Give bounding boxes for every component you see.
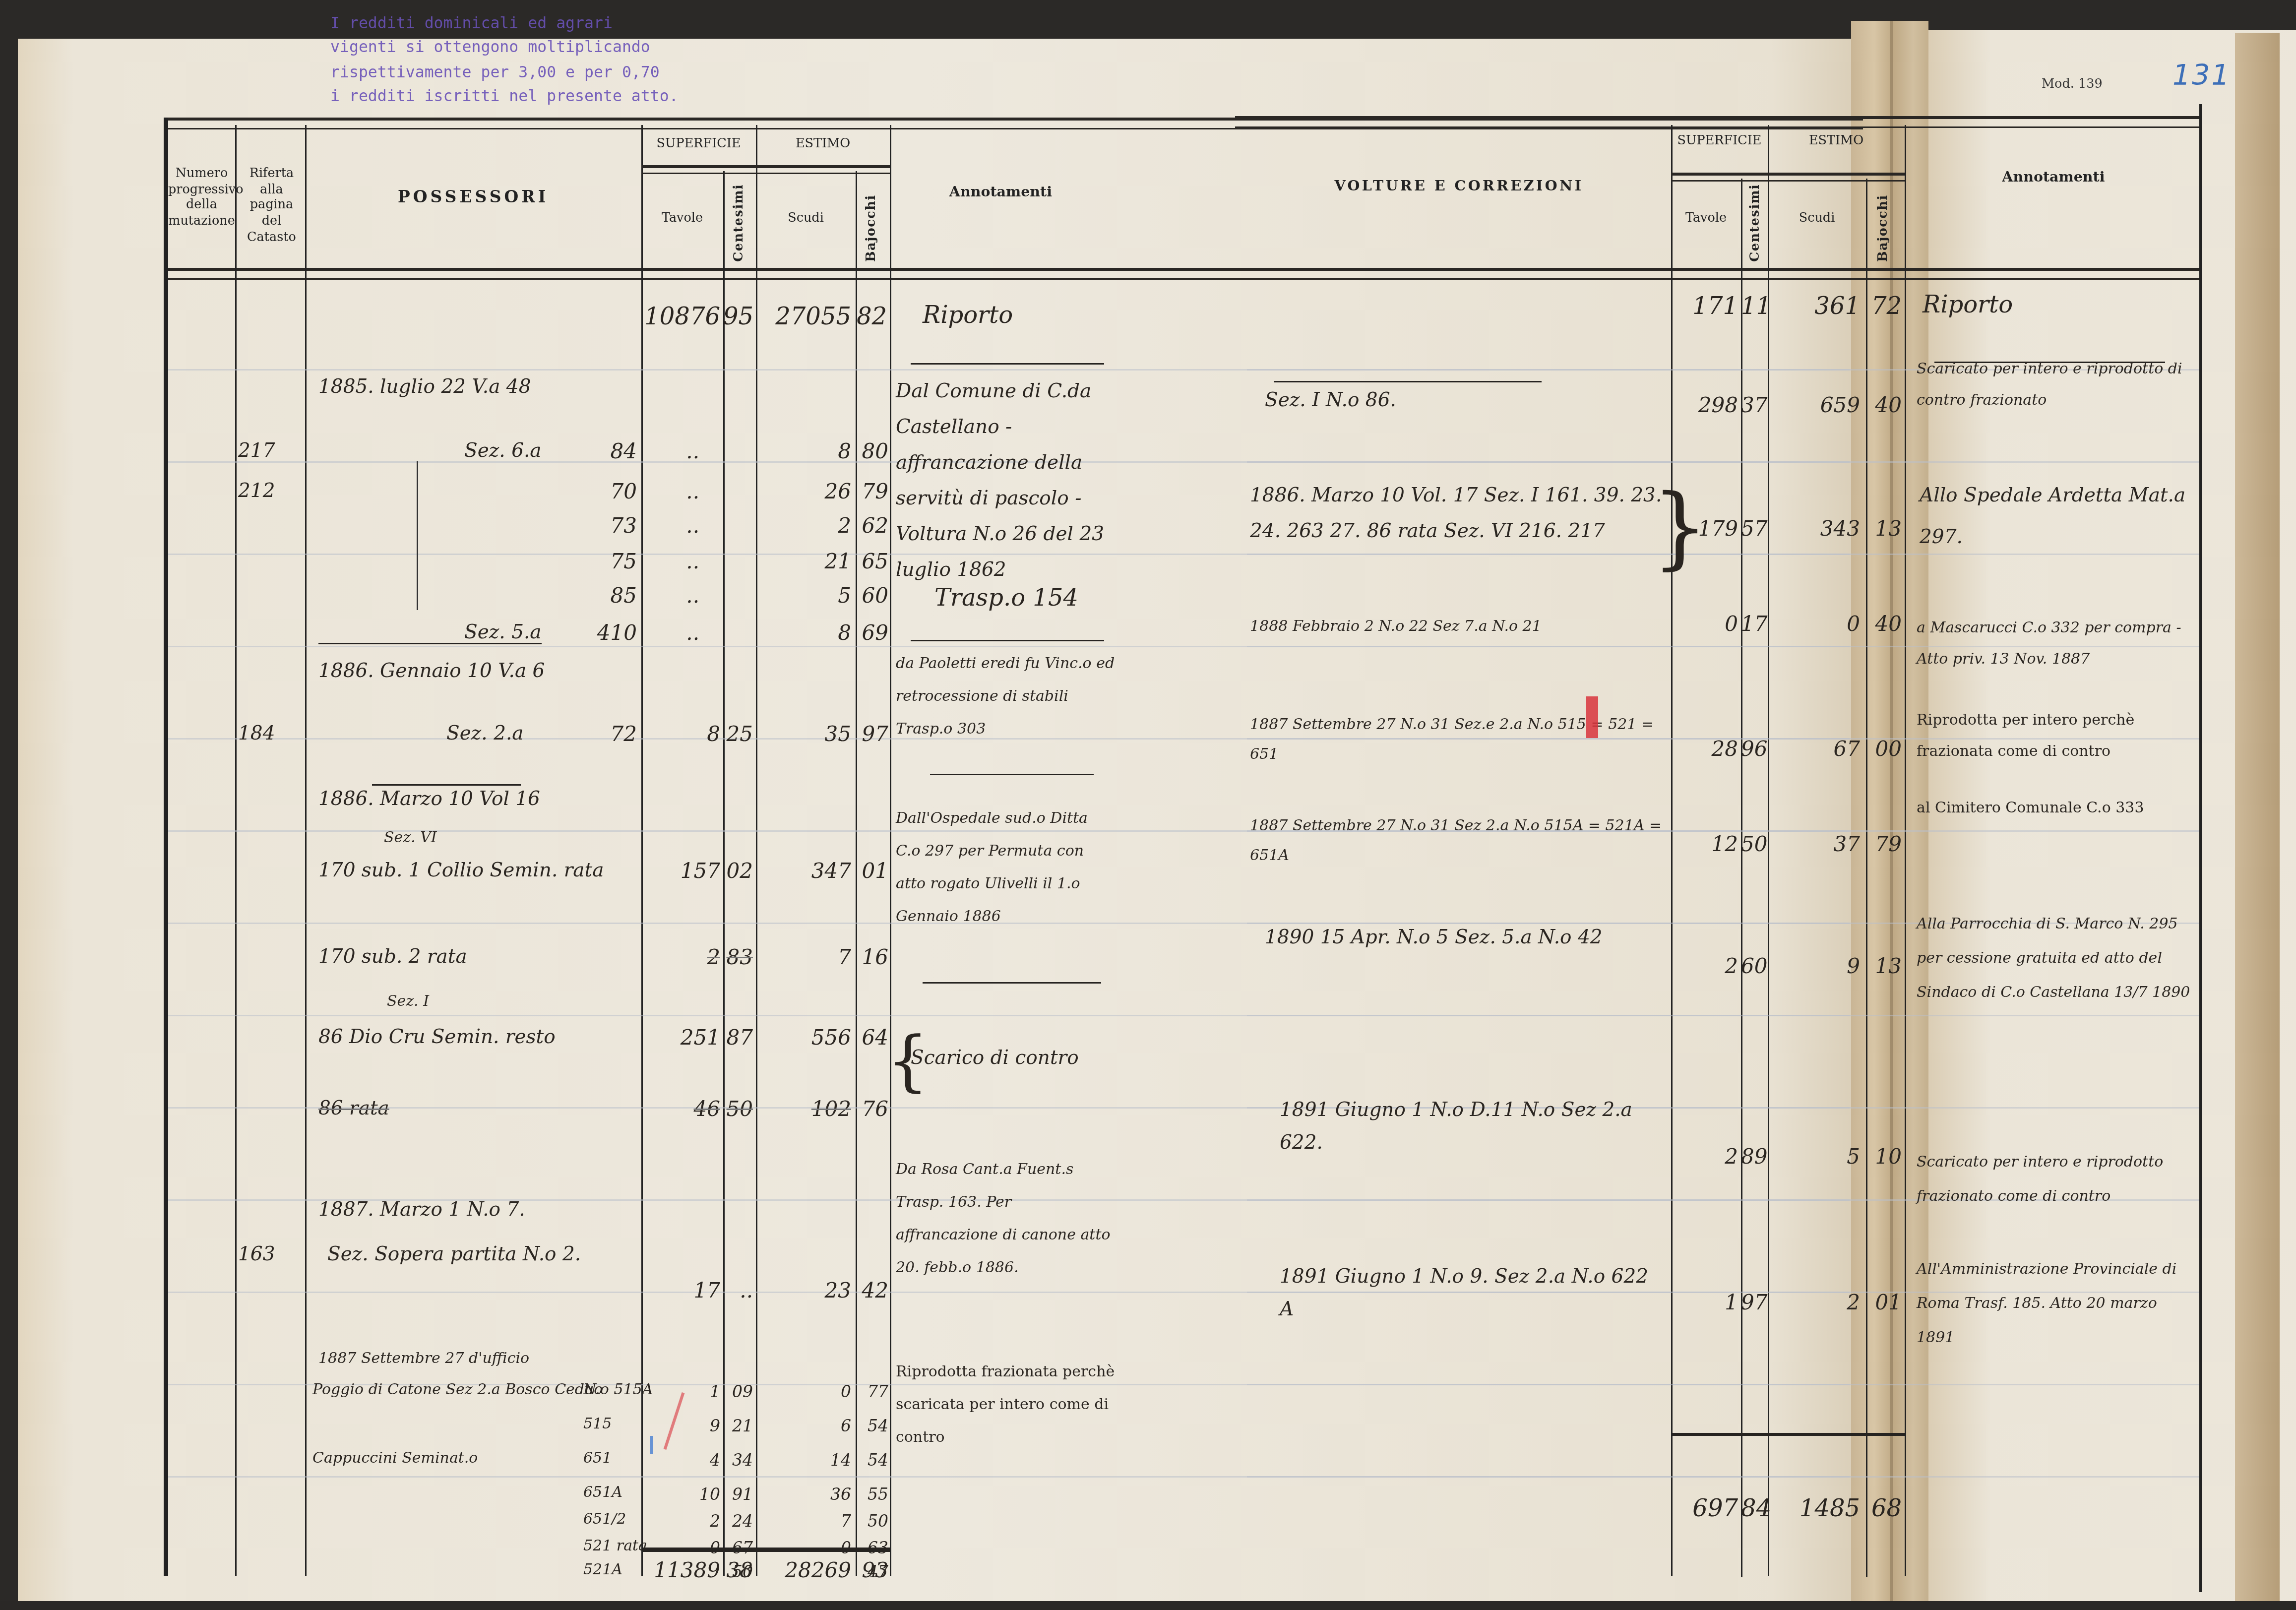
entry-scudi: 26 — [759, 481, 851, 504]
entry-possessori: 170 sub. 2 rata — [318, 946, 467, 969]
entry-bajocchi: 80 — [856, 440, 888, 464]
totals-rule — [1673, 1433, 1905, 1436]
entry-mappa: 651/2 — [583, 1512, 626, 1528]
header-superficie: SUPERFICIE — [641, 137, 756, 153]
entry-scudi: 5 — [1771, 1146, 1860, 1170]
entry-tavole: 46 — [643, 1098, 720, 1122]
separator — [372, 784, 521, 786]
entry-bajocchi: 54 — [856, 1417, 888, 1436]
header-bajocchi: Bajocchi — [1876, 190, 1891, 262]
entry-tavole: 179 — [1673, 518, 1738, 542]
page-number: 131 — [2172, 60, 2231, 92]
entry-scudi: 2 — [1771, 1292, 1860, 1315]
entry-possessori: Poggio di Catone Sez 2.a Bosco Ceduo — [312, 1382, 603, 1399]
entry-bajocchi: 77 — [856, 1382, 888, 1402]
riporto-scudi: 27055 — [756, 302, 851, 330]
riporto-centesimi: 11 — [1741, 292, 1766, 320]
red-pencil-mark — [1586, 696, 1598, 738]
entry-scudi: 36 — [759, 1485, 851, 1504]
left-border — [164, 118, 168, 1576]
entry-centesimi: 96 — [1741, 738, 1766, 762]
voltura-text: 1887 Settembre 27 N.o 31 Sez 2.a N.o 515… — [1250, 812, 1667, 872]
entry-tavole: 12 — [1673, 833, 1738, 857]
entry-scudi: 8 — [759, 622, 851, 646]
entry-bajocchi: 40 — [1867, 394, 1902, 418]
entry-bajocchi: 16 — [856, 946, 888, 970]
entry-scudi: 2 — [759, 515, 851, 539]
entry-centesimi: 97 — [1741, 1292, 1766, 1315]
header-riferta: Riferta alla pagina del Catasto — [238, 167, 305, 246]
voltura-text: 1888 Febbraio 2 N.o 22 Sez 7.a N.o 21 — [1250, 613, 1667, 643]
entry-bajocchi: 40 — [1867, 613, 1902, 637]
entry-bajocchi: 42 — [856, 1280, 888, 1303]
entry-centesimi: 25 — [723, 723, 753, 747]
entry-centesimi: 37 — [1741, 394, 1766, 418]
ruled-line — [1247, 461, 2199, 463]
header-annotamenti: Annotamenti — [1912, 170, 2195, 187]
entry-tavole: 157 — [643, 860, 720, 884]
entry-tavole: 10 — [643, 1485, 720, 1504]
entry-tavole: 2 — [643, 1512, 720, 1531]
entry-bajocchi: 13 — [1867, 518, 1902, 542]
total-centesimi: 38 — [723, 1559, 753, 1583]
header-tavole: Tavole — [641, 211, 723, 227]
total-tavole: 697 — [1673, 1494, 1738, 1522]
entry-centesimi: 09 — [723, 1382, 753, 1402]
entry-centesimi: 21 — [723, 1417, 753, 1436]
entry-centesimi: 57 — [1741, 518, 1766, 542]
entry-tavole: 251 — [643, 1027, 720, 1051]
entry-centesimi: 83 — [723, 946, 753, 970]
entry-tavole: .. — [655, 551, 699, 574]
entry-tavole: 2 — [1673, 955, 1738, 979]
annotation-text: Allo Spedale Ardetta Mat.a 297. — [1920, 476, 2195, 559]
col-divider — [235, 125, 237, 1576]
voltura-text: 1886. Marzo 10 Vol. 17 Sez. I 161. 39. 2… — [1250, 479, 1667, 551]
separator — [911, 363, 1104, 365]
entry-centesimi: .. — [723, 1280, 753, 1303]
riporto-tavole: 171 — [1673, 292, 1738, 320]
header-centesimi: Centesimi — [732, 185, 747, 262]
annotation-text: Scaricato per intero e riprodotto frazio… — [1917, 1146, 2192, 1214]
scan-bottom-edge — [0, 1601, 2296, 1610]
entry-bajocchi: 54 — [856, 1451, 888, 1470]
separator — [318, 643, 542, 644]
entry-scudi: 7 — [759, 946, 851, 970]
blue-pencil-mark — [650, 1436, 653, 1454]
entry-bajocchi: 13 — [1867, 955, 1902, 979]
entry-bajocchi: 97 — [856, 723, 888, 747]
entry-centesimi: 50 — [723, 1098, 753, 1122]
entry-possessori: 86 rata — [318, 1098, 389, 1120]
annotation-text: Riprodotta per intero perchè frazionata … — [1917, 705, 2192, 768]
entry-bajocchi: 55 — [856, 1485, 888, 1504]
header-volture: VOLTURE E CORREZIONI — [1247, 179, 1671, 196]
header-tavole: Tavole — [1671, 211, 1741, 227]
entry-bajocchi: 00 — [1867, 738, 1902, 762]
separator — [911, 640, 1104, 641]
subheader-rule — [641, 165, 890, 174]
subheader-rule — [1671, 173, 1905, 182]
entry-tavole: .. — [655, 515, 699, 539]
entry-tavole: 1 — [1673, 1292, 1738, 1315]
entry-tavole: .. — [655, 440, 699, 464]
riporto-bajocchi: 72 — [1867, 292, 1902, 320]
voltura-text: 1890 15 Apr. N.o 5 Sez. 5.a N.o 42 — [1265, 923, 1667, 955]
riporto-centesimi: 95 — [723, 302, 753, 330]
entry-bajocchi: 76 — [856, 1098, 888, 1122]
entry-centesimi: 87 — [723, 1027, 753, 1051]
entry-scudi: 347 — [759, 860, 851, 884]
entry-riferta: 163 — [238, 1244, 275, 1266]
entry-bajocchi: 50 — [856, 1512, 888, 1531]
voltura-text: 1891 Giugno 1 N.o 9. Sez 2.a N.o 622 A — [1280, 1262, 1667, 1327]
entry-mappa: 70 — [565, 481, 637, 504]
page-edge — [2235, 33, 2280, 1610]
entry-bajocchi: 64 — [856, 1027, 888, 1051]
entry-mappa: 84 — [565, 440, 637, 464]
section-label: Sez. I — [387, 994, 429, 1010]
header-possessori: POSSESSORI — [305, 187, 641, 208]
entry-mappa: 73 — [565, 515, 637, 539]
voltura-text: 1891 Giugno 1 N.o D.11 N.o Sez 2.a 622. — [1280, 1095, 1667, 1161]
entry-bajocchi: 60 — [856, 585, 888, 609]
col-divider — [305, 125, 307, 1576]
section-label: Sez. VI — [384, 830, 437, 847]
entry-scudi: 14 — [759, 1451, 851, 1470]
entry-possessori: Cappuccini Seminat.o — [312, 1451, 478, 1467]
entry-scudi: 67 — [1771, 738, 1860, 762]
entry-possessori: Sez. 2.a — [446, 723, 524, 745]
ruled-line — [1247, 1384, 2199, 1385]
entry-riferta: 212 — [238, 481, 275, 503]
ledger-scan: I redditi dominicali ed agrari vigenti s… — [0, 0, 2296, 1610]
entry-tavole: .. — [655, 481, 699, 504]
total-bajocchi: 68 — [1867, 1494, 1902, 1522]
entry-scudi: 23 — [759, 1280, 851, 1303]
entry-heading: 1887. Marzo 1 N.o 7. — [318, 1199, 525, 1222]
entry-scudi: 343 — [1771, 518, 1860, 542]
header-numero: Numero progressivo della mutazione — [168, 167, 235, 230]
entry-scudi: 9 — [1771, 955, 1860, 979]
entry-centesimi: 50 — [1741, 833, 1766, 857]
total-bajocchi: 93 — [856, 1559, 888, 1583]
annotation-text: da Paoletti eredi fu Vinc.o ed retrocess… — [896, 649, 1116, 747]
entry-riferta: 217 — [238, 440, 275, 463]
entry-scudi: 8 — [759, 440, 851, 464]
ruled-line — [1247, 1015, 2199, 1016]
entry-centesimi: 17 — [1741, 613, 1766, 637]
entry-tavole: 17 — [643, 1280, 720, 1303]
annotation-text: Dall'Ospedale sud.o Ditta C.o 297 per Pe… — [896, 804, 1116, 934]
entry-scudi: 37 — [1771, 833, 1860, 857]
entry-centesimi: 02 — [723, 860, 753, 884]
entry-scudi: 35 — [759, 723, 851, 747]
entry-scudi: 0 — [759, 1382, 851, 1402]
header-bottom-rule — [1235, 268, 2202, 280]
entry-mappa: 521A — [583, 1562, 622, 1579]
right-border — [2199, 104, 2202, 1592]
entry-scudi: 659 — [1771, 394, 1860, 418]
entry-centesimi: 24 — [723, 1512, 753, 1531]
total-scudi: 28269 — [759, 1559, 851, 1583]
separator — [930, 774, 1094, 775]
entry-bajocchi: 65 — [856, 551, 888, 574]
header-superficie: SUPERFICIE — [1671, 134, 1768, 150]
entry-centesimi: 91 — [723, 1485, 753, 1504]
entry-tavole: 2 — [1673, 1146, 1738, 1170]
entry-tavole: 8 — [643, 723, 720, 747]
entry-bajocchi: 79 — [856, 481, 888, 504]
entry-tavole: 0 — [1673, 613, 1738, 637]
entry-tavole: 9 — [643, 1417, 720, 1436]
header-scudi: Scudi — [1768, 211, 1866, 227]
col-divider — [890, 125, 891, 1576]
header-centesimi: Centesimi — [1748, 190, 1763, 262]
entry-centesimi: 60 — [1741, 955, 1766, 979]
entry-tavole: 2 — [643, 946, 720, 970]
header-bajocchi: Bajocchi — [865, 187, 879, 262]
entry-heading: 1885. luglio 22 V.a 48 — [318, 376, 531, 399]
bracket-line — [417, 461, 418, 610]
entry-centesimi: 34 — [723, 1451, 753, 1470]
entry-mappa: 85 — [565, 585, 637, 609]
col-divider — [1866, 179, 1867, 1577]
annotation-text: al Cimitero Comunale C.o 333 — [1917, 801, 2192, 817]
entry-possessori: 86 Dio Cru Semin. resto — [318, 1027, 556, 1049]
header-top-rule — [1235, 116, 2202, 128]
riporto-scudi: 361 — [1771, 292, 1860, 320]
annotation-text: Scarico di contro — [911, 1048, 1079, 1070]
entry-bajocchi: 62 — [856, 515, 888, 539]
annotation-text: a Mascarucci C.o 332 per compra - Atto p… — [1917, 613, 2192, 676]
riporto-bajocchi: 82 — [856, 302, 887, 330]
entry-possessori: Sez. 5.a — [464, 622, 542, 644]
header-estimo: ESTIMO — [1768, 134, 1905, 150]
entry-tavole: 28 — [1673, 738, 1738, 762]
entry-scudi: 556 — [759, 1027, 851, 1051]
entry-mappa: 72 — [565, 723, 637, 747]
annotation-text: Riprodotta frazionata perchè scaricata p… — [896, 1357, 1116, 1455]
annotation-text: Dal Comune di C.da Castellano - affranca… — [896, 375, 1116, 589]
voltura-text: Sez. I N.o 86. — [1265, 390, 1667, 412]
form-code: Mod. 139 — [2042, 77, 2103, 92]
annotation-text: Trasp.o 154 — [934, 583, 1078, 612]
col-divider — [1741, 179, 1742, 1577]
entry-scudi: 7 — [759, 1512, 851, 1531]
voltura-text: 1887 Settembre 27 N.o 31 Sez.e 2.a N.o 5… — [1250, 711, 1667, 771]
total-centesimi: 84 — [1741, 1494, 1766, 1522]
riporto-label: Riporto — [923, 301, 1013, 329]
entry-mappa: 651A — [583, 1485, 622, 1501]
entry-bajocchi: 69 — [856, 622, 888, 646]
entry-bajocchi: 79 — [1867, 833, 1902, 857]
annotation-text: Alla Parrocchia di S. Marco N. 295 per c… — [1917, 908, 2192, 1010]
entry-scudi: 5 — [759, 585, 851, 609]
entry-bajocchi: 10 — [1867, 1146, 1902, 1170]
entry-mappa: 75 — [565, 551, 637, 574]
entry-heading: 1887 Settembre 27 d'ufficio — [318, 1351, 529, 1367]
separator — [1274, 381, 1542, 382]
col-divider — [641, 125, 643, 1576]
entry-tavole: 298 — [1673, 394, 1738, 418]
entry-scudi: 0 — [1771, 613, 1860, 637]
header-annotamenti: Annotamenti — [893, 185, 1109, 202]
col-divider — [1768, 125, 1769, 1576]
header-estimo: ESTIMO — [756, 137, 890, 153]
entry-tavole: .. — [655, 622, 699, 646]
annotation-text: All'Amministrazione Provinciale di Roma … — [1917, 1253, 2192, 1356]
entry-possessori: 170 sub. 1 Collio Semin. rata — [318, 860, 604, 882]
ruled-line — [1247, 1476, 2199, 1478]
riporto-tavole: 10876 — [643, 302, 720, 330]
entry-mappa: 410 — [565, 622, 637, 646]
income-stamp: I redditi dominicali ed agrari vigenti s… — [330, 12, 679, 109]
entry-possessori: Sez. 6.a — [464, 440, 542, 463]
annotation-text: Scaricato per intero e riprodotto di con… — [1917, 354, 2192, 417]
totals-rule — [643, 1548, 890, 1552]
entry-scudi: 102 — [759, 1098, 851, 1122]
entry-possessori: Sez. Sopera partita N.o 2. — [327, 1244, 581, 1266]
entry-tavole: 4 — [643, 1451, 720, 1470]
entry-heading: 1886. Gennaio 10 V.a 6 — [318, 661, 545, 683]
riporto-label: Riporto — [1923, 290, 2013, 318]
col-divider — [756, 125, 757, 1576]
separator — [923, 982, 1101, 984]
total-scudi: 1485 — [1771, 1494, 1860, 1522]
col-divider — [1905, 125, 1906, 1576]
entry-scudi: 6 — [759, 1417, 851, 1436]
entry-heading: 1886. Marzo 10 Vol 16 — [318, 789, 540, 811]
entry-mappa: 651 — [583, 1451, 612, 1467]
entry-bajocchi: 01 — [1867, 1292, 1902, 1315]
entry-tavole: .. — [655, 585, 699, 609]
entry-bajocchi: 01 — [856, 860, 888, 884]
total-tavole: 11389 — [643, 1559, 720, 1583]
entry-mappa: 515 — [583, 1417, 612, 1433]
entry-riferta: 184 — [238, 723, 275, 745]
entry-scudi: 21 — [759, 551, 851, 574]
entry-mappa: 521 rata — [583, 1539, 647, 1555]
entry-centesimi: 89 — [1741, 1146, 1766, 1170]
annotation-text: Da Rosa Cant.a Fuent.s Trasp. 163. Per a… — [896, 1155, 1116, 1286]
header-scudi: Scudi — [756, 211, 856, 227]
